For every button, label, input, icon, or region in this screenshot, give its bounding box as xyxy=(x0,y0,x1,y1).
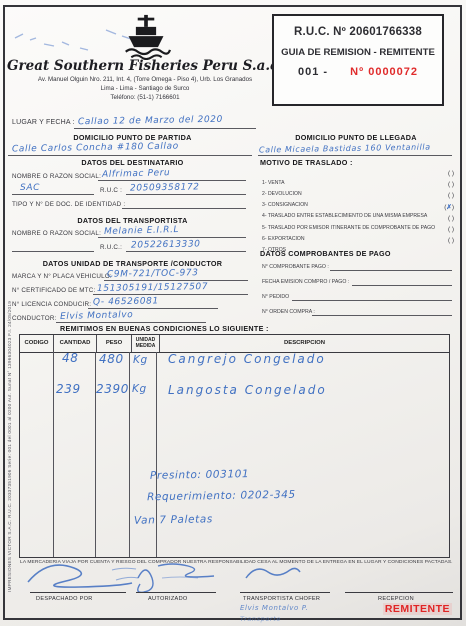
ruc-number: R.U.C. Nº 20601766338 xyxy=(274,26,442,38)
driver-signature-note: Elvis Montalvo P. xyxy=(240,604,308,612)
voucher-date-underline xyxy=(352,274,452,286)
destination-address-title: DOMICILIO PUNTO DE LLEGADA xyxy=(258,133,454,142)
plate-label: MARCA Y N° PLACA VEHICULO: xyxy=(12,273,112,280)
carrier-ruc-label: R.U.C.: xyxy=(100,244,122,251)
voucher-number-underline xyxy=(330,259,452,271)
payment-vouchers-title: DATOS COMPROBANTES DE PAGO xyxy=(260,249,391,258)
items-table-header: CODIGO CANTIDAD PESO UNIDAD MEDIDA DESCR… xyxy=(20,335,449,353)
company-name: Great Southern Fisheries Peru S.a.c. xyxy=(0,58,290,74)
row1-peso: 480 xyxy=(99,352,124,366)
company-phone: Teléfono: (51-1) 7166601 xyxy=(0,94,290,101)
identity-doc-label: TIPO Y N° DE DOC. DE IDENTIDAD : xyxy=(12,201,125,208)
driver-value: Elvis Montalvo xyxy=(60,310,134,322)
purchase-order-label: N° ORDEN COMPRA : xyxy=(262,309,315,315)
correlative-number: 0000072 xyxy=(368,66,418,78)
consignee-section-title: DATOS DEL DESTINATARIO xyxy=(20,158,245,167)
ship-logo-icon xyxy=(118,14,174,60)
carrier-name-label: NOMBRE O RAZON SOCIAL: xyxy=(12,230,101,237)
driver-label: CONDUCTOR: xyxy=(12,315,57,322)
voucher-number-label: N° COMPROBANTE PAGO : xyxy=(262,264,329,270)
identity-doc-underline xyxy=(122,196,246,209)
consignee-name-label: NOMBRE O RAZON SOCIAL: xyxy=(12,173,101,180)
origin-address-title: DOMICILIO PUNTO DE PARTIDA xyxy=(20,133,245,142)
row2-unidad: Kg xyxy=(132,383,147,395)
order-number-label: N° PEDIDO xyxy=(262,294,289,300)
signature-line-despachado xyxy=(30,592,126,593)
goods-declaration-title: REMITIMOS EN BUENAS CONDICIONES LO SIGUI… xyxy=(60,324,269,333)
company-address-line1: Av. Manuel Olguin Nro. 211, Int. 4, (Tor… xyxy=(0,76,290,83)
col-header-codigo: CODIGO xyxy=(20,335,54,352)
voucher-date-label: FECHA EMISION COMPRO / PAGO : xyxy=(262,279,349,285)
license-value: Q- 46526081 xyxy=(93,296,159,307)
row2-peso: 2390 xyxy=(96,382,129,396)
row2-cantidad: 239 xyxy=(56,382,81,396)
col-header-unidad-medida: UNIDAD MEDIDA xyxy=(132,335,160,352)
printer-authorization-note: IMPRESIONES VICTOR S.A.C. R.U.C. 2033735… xyxy=(7,301,12,592)
signature-line-autorizado xyxy=(136,592,216,593)
document-id-box: R.U.C. Nº 20601766338 GUIA DE REMISION -… xyxy=(272,14,444,106)
mtc-certificate-label: N° CERTIFICADO DE MTC: xyxy=(12,287,95,294)
items-table: CODIGO CANTIDAD PESO UNIDAD MEDIDA DESCR… xyxy=(19,334,450,558)
consignee-ruc-value: 20509358172 xyxy=(130,182,200,193)
consignee-name-value2: SAC xyxy=(20,183,40,193)
transfer-reason-title: MOTIVO DE TRASLADO : xyxy=(260,158,353,167)
carrier-name-value: Melanie E.I.R.L xyxy=(104,225,179,237)
consignee-ruc-label: R.U.C : xyxy=(100,187,122,194)
scanned-remission-guide: Great Southern Fisheries Peru S.a.c. Av.… xyxy=(0,0,466,626)
pallets-note: Van 7 Paletas xyxy=(134,513,213,526)
document-type-title: GUIA DE REMISION - REMITENTE xyxy=(274,47,442,58)
vehicle-section-title: DATOS UNIDAD DE TRANSPORTE /CONDUCTOR xyxy=(20,259,245,268)
copy-type-stamp: REMITENTE xyxy=(383,603,452,615)
driver-signature-note2: Transporte xyxy=(240,615,281,623)
requirement-note: Requerimiento: 0202-345 xyxy=(147,489,296,504)
consignee-name-value: Alfrimac Peru xyxy=(102,168,171,180)
seal-note: Presinto: 003101 xyxy=(150,468,249,482)
carrier-ruc-value: 20522613330 xyxy=(131,239,201,250)
company-address-line2: Lima - Lima - Santiago de Surco xyxy=(0,85,290,92)
column-divider xyxy=(53,352,54,557)
row1-unidad: Kg xyxy=(133,354,148,366)
row2-descripcion: Langosta Congelado xyxy=(168,383,327,397)
carrier-blank-underline xyxy=(12,239,94,252)
signature-line-recepcion xyxy=(345,592,453,593)
authorized-label: AUTORIZADO xyxy=(148,596,188,602)
plate-value: C9M-721/TOC-973 xyxy=(107,268,199,280)
carrier-driver-label: TRANSPORTISTA CHOFER xyxy=(243,596,320,602)
license-label: N° LICENCIA CONDUCIR: xyxy=(12,301,91,308)
row1-cantidad: 48 xyxy=(62,351,78,365)
carrier-section-title: DATOS DEL TRANSPORTISTA xyxy=(20,216,245,225)
col-header-cantidad: CANTIDAD xyxy=(54,335,97,352)
mtc-certificate-value: 151305191/15127507 xyxy=(97,282,208,294)
order-number-underline xyxy=(292,289,452,301)
reception-label: RECEPCION xyxy=(378,596,414,602)
dispatched-by-label: DESPACHADO POR xyxy=(36,596,93,602)
column-divider xyxy=(129,352,130,557)
number-symbol: Nº xyxy=(350,66,364,78)
row1-descripcion: Cangrejo Congelado xyxy=(168,352,326,366)
signature-line-transportista xyxy=(240,592,330,593)
purchase-order-underline xyxy=(312,304,452,316)
col-header-descripcion: DESCRIPCION xyxy=(160,335,449,352)
place-date-label: LUGAR Y FECHA : xyxy=(12,119,75,126)
document-number-row: 001 - Nº 0000072 xyxy=(274,66,442,78)
series-number: 001 - xyxy=(298,66,328,78)
col-header-peso: PESO xyxy=(97,335,132,352)
